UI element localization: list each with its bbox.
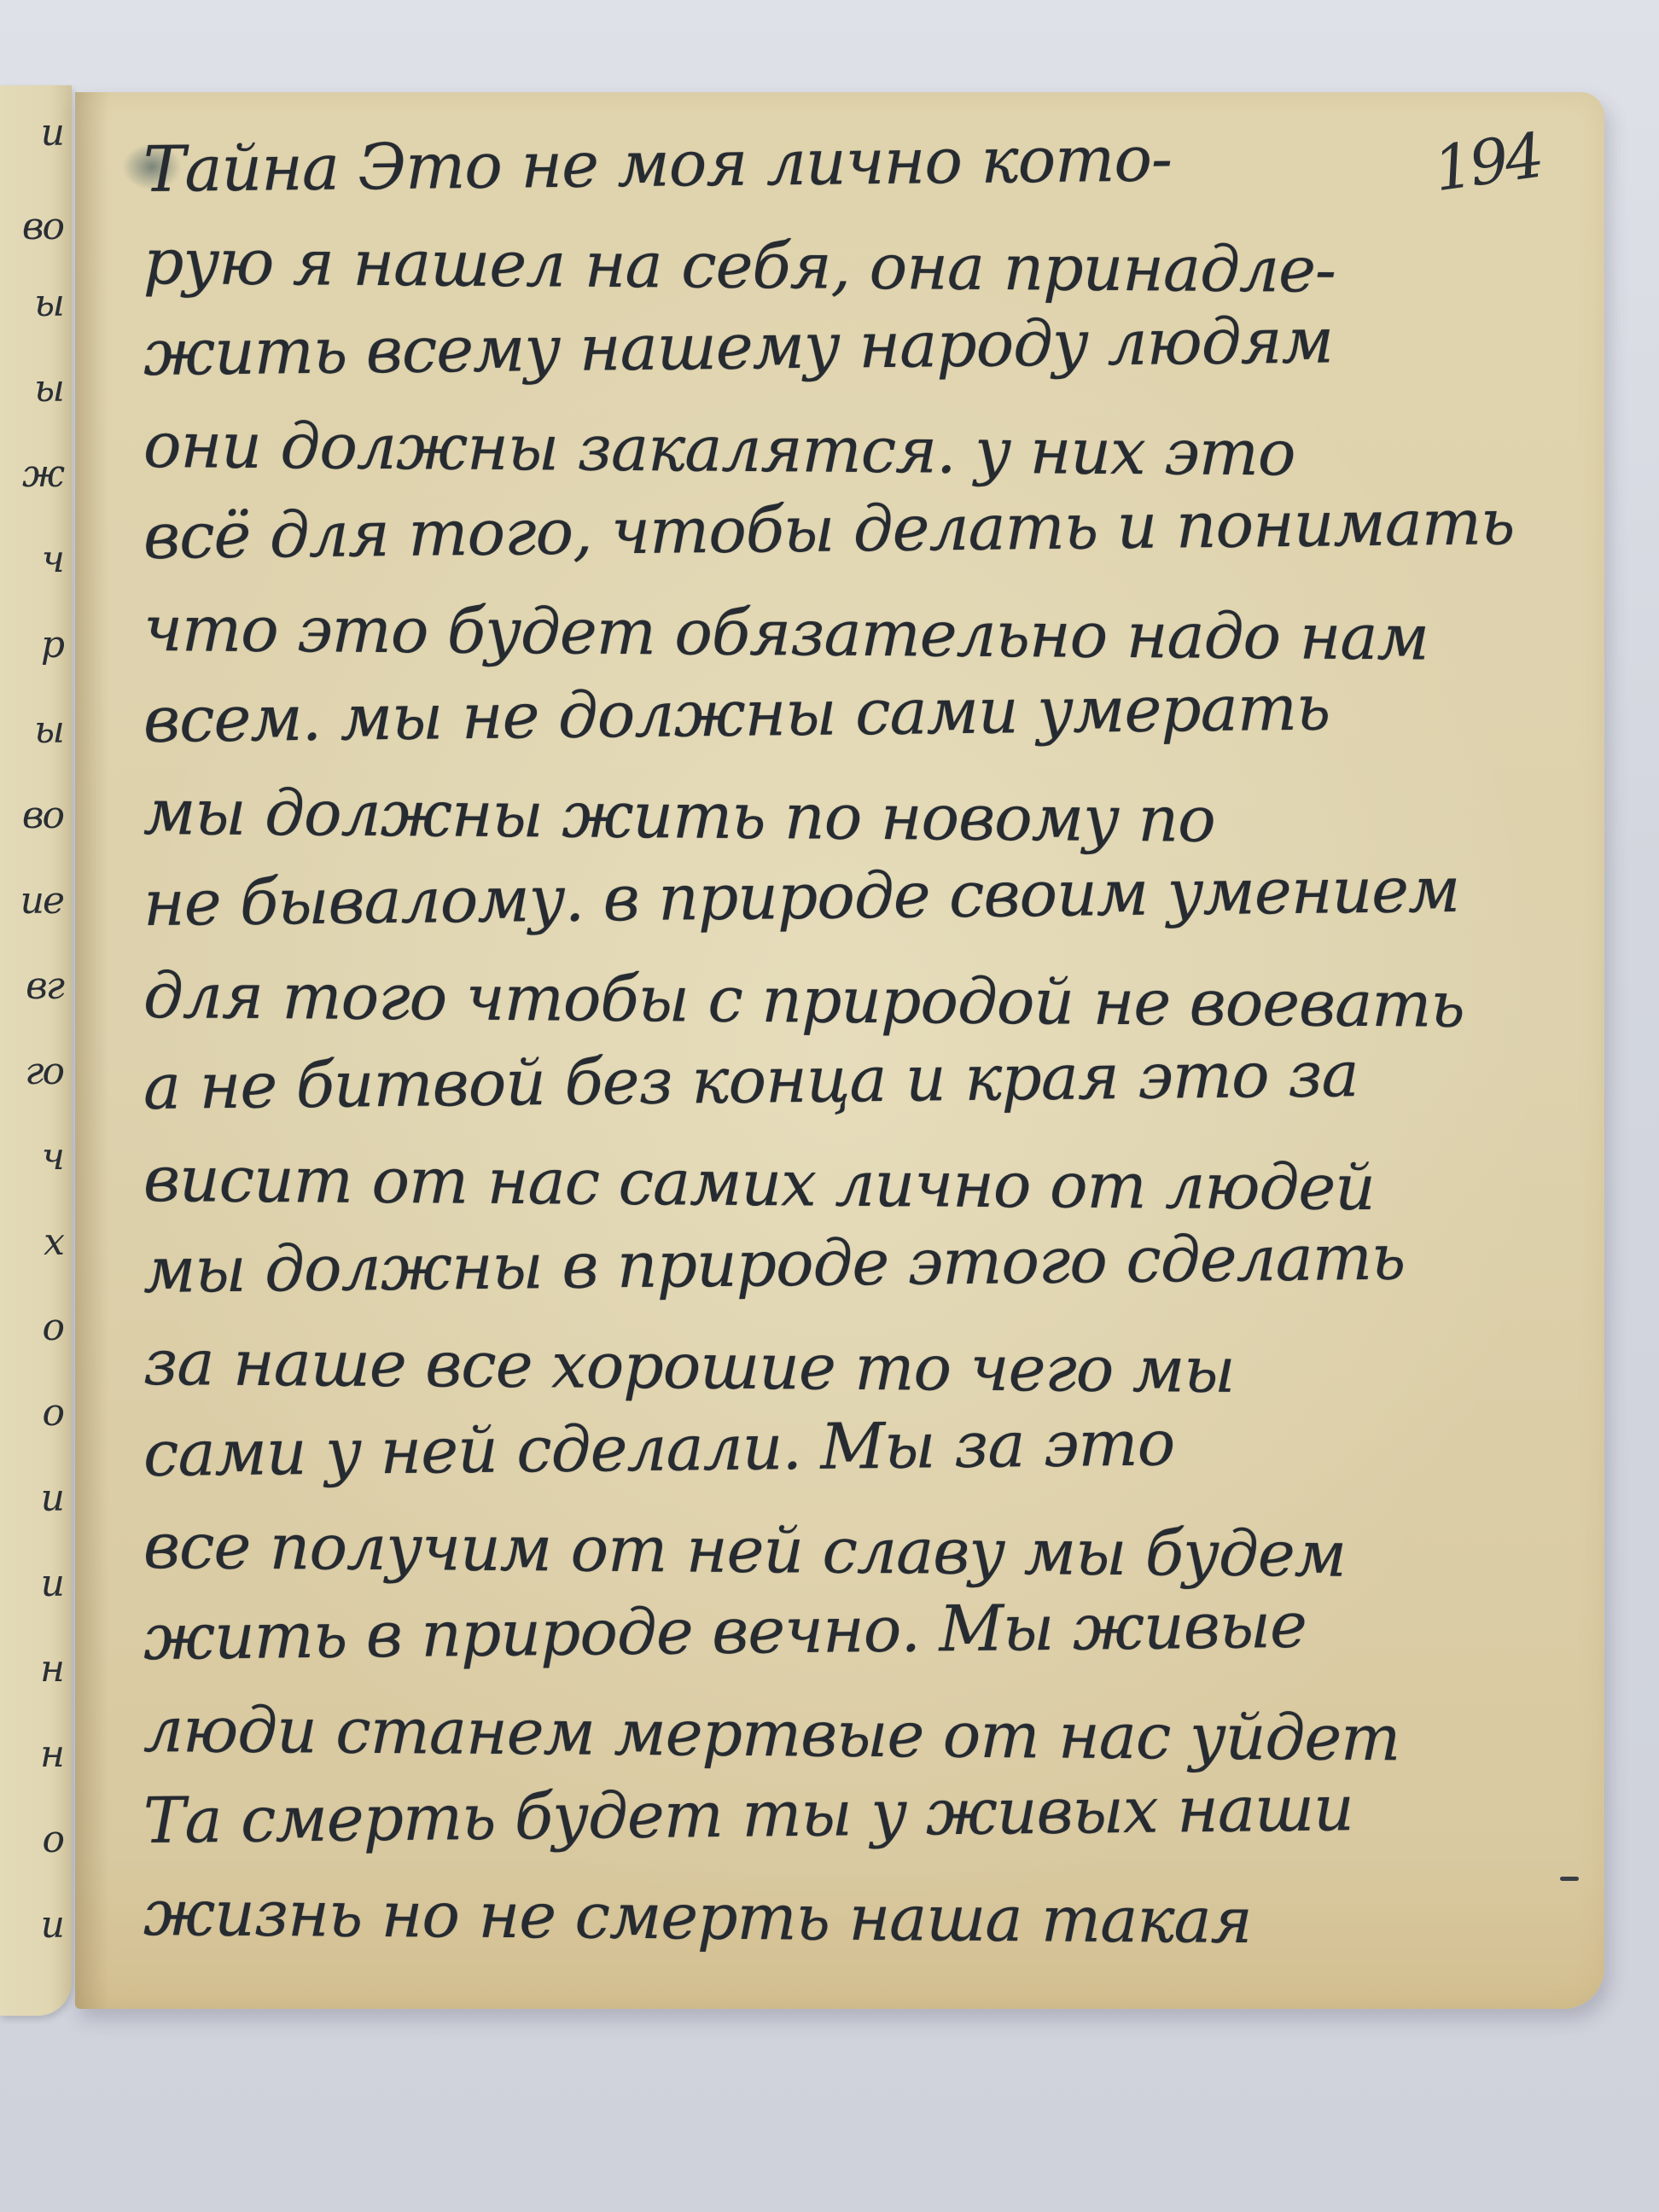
adjacent-page-fragment: во <box>22 205 63 248</box>
adjacent-page-edge: и во ы ы ж ч р ы во ие вг го ч х о о и и… <box>0 85 72 2016</box>
text-line: Та смерть будет ты у живых наши <box>143 1761 1526 1867</box>
adjacent-page-fragment: и <box>41 1562 63 1605</box>
adjacent-page-fragment: н <box>40 1732 63 1776</box>
adjacent-page-fragment: о <box>43 1391 64 1435</box>
handwritten-text-body: Тайна Это не моя лично кото- рую я нашел… <box>143 125 1526 1959</box>
adjacent-page-fragment: и <box>41 1476 63 1520</box>
adjacent-page-fragment: ч <box>42 1135 63 1179</box>
text-line: Тайна Это не моя лично кото- <box>143 110 1526 216</box>
text-line: всем. мы не должны сами умерать <box>143 661 1526 766</box>
adjacent-page-fragment: ие <box>20 879 63 923</box>
adjacent-page-fragment: о <box>43 1818 64 1861</box>
text-line: всё для того, чтобы делать и понимать <box>143 477 1526 583</box>
adjacent-page-fragment: х <box>44 1220 63 1264</box>
adjacent-page-fragment: ы <box>34 367 63 410</box>
end-dash-mark <box>1560 1877 1579 1881</box>
adjacent-page-fragment: ы <box>34 708 63 752</box>
adjacent-page-fragment: н <box>40 1647 63 1691</box>
adjacent-page-fragment: и <box>41 111 63 154</box>
adjacent-page-fragment: ч <box>42 538 63 581</box>
adjacent-page-fragment: р <box>41 623 63 667</box>
text-line: жить всему нашему народу людям <box>143 294 1526 399</box>
adjacent-page-fragment: ж <box>22 452 63 496</box>
adjacent-page-fragment: о <box>43 1306 64 1349</box>
text-line: мы должны в природе этого сделать <box>143 1211 1526 1317</box>
adjacent-page-fragment: и <box>41 1903 63 1947</box>
text-line: жить в природе вечно. Мы живые <box>143 1578 1526 1684</box>
notebook-page: 194 Тайна Это не моя лично кото- рую я н… <box>75 92 1604 2009</box>
text-line: сами у ней сделали. Мы за это <box>143 1394 1526 1500</box>
page-gutter-shadow <box>75 92 109 2009</box>
text-line: не бывалому. в природе своим умением <box>143 844 1526 950</box>
text-line: жизнь но не смерть наша такая <box>143 1868 1527 1970</box>
adjacent-page-fragment: го <box>25 1050 63 1093</box>
text-line: а не битвой без конца и края это за <box>143 1027 1526 1133</box>
adjacent-page-fragment: во <box>22 794 63 837</box>
adjacent-page-fragment: ы <box>34 282 63 325</box>
adjacent-page-fragment: вг <box>26 964 63 1008</box>
